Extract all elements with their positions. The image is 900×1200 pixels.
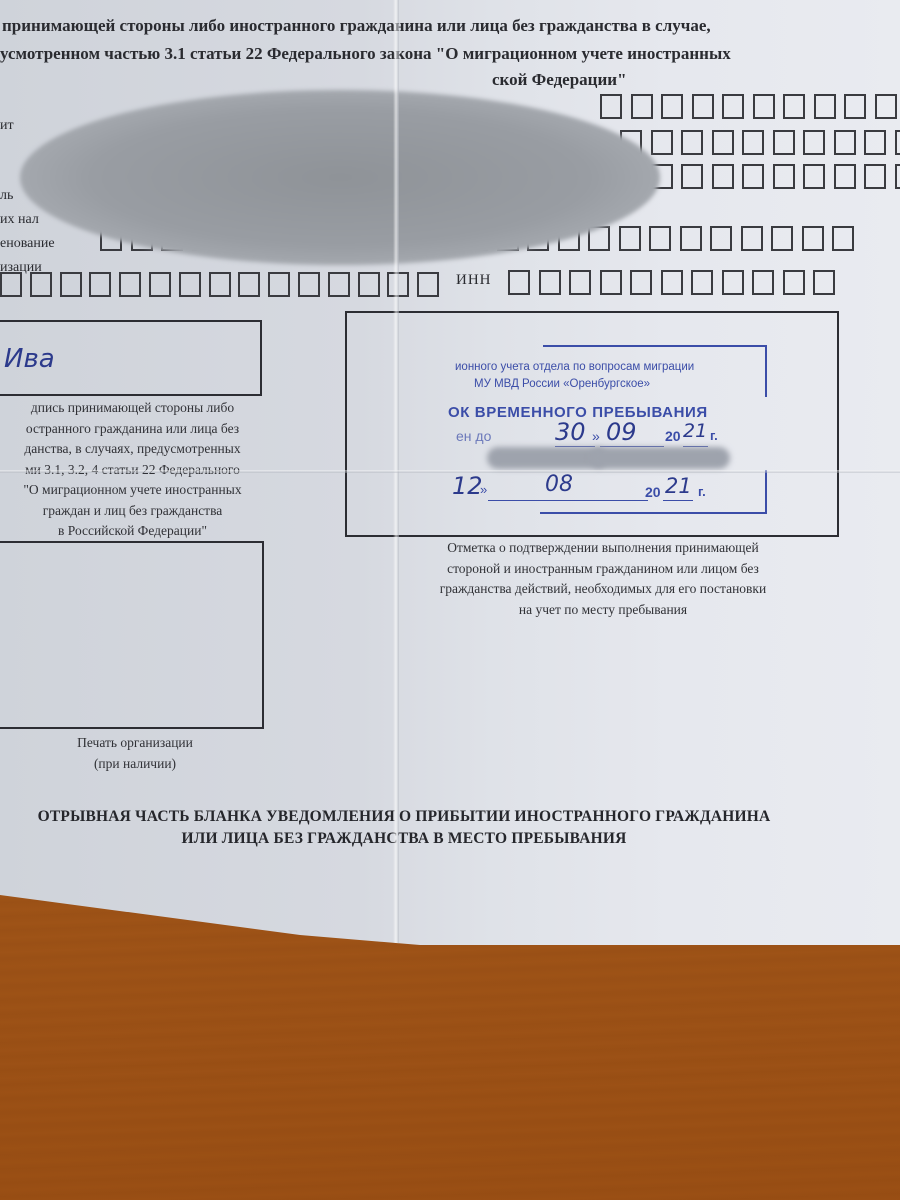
character-input-box[interactable] bbox=[895, 164, 900, 189]
character-input-box[interactable] bbox=[771, 226, 793, 251]
character-input-box[interactable] bbox=[802, 226, 824, 251]
signature-caption-line: дпись принимающей стороны либо bbox=[0, 398, 275, 419]
redacted-stamp-field bbox=[590, 447, 730, 469]
character-input-box[interactable] bbox=[30, 272, 52, 297]
underline bbox=[488, 500, 648, 501]
stamp-until-prefix: ен до bbox=[456, 428, 491, 444]
character-input-box[interactable] bbox=[119, 272, 141, 297]
character-input-box[interactable] bbox=[814, 94, 836, 119]
confirmation-caption-line: стороной и иностранным гражданином или л… bbox=[388, 559, 818, 580]
redacted-stamp-field bbox=[487, 447, 607, 469]
character-input-box[interactable] bbox=[834, 130, 856, 155]
stamp-date-g: г. bbox=[698, 484, 706, 499]
organization-name-label: енование bbox=[0, 236, 55, 252]
handwritten-until-month: 09 bbox=[606, 418, 637, 446]
character-input-box[interactable] bbox=[179, 272, 201, 297]
character-input-box[interactable] bbox=[268, 272, 290, 297]
character-input-box[interactable] bbox=[773, 130, 795, 155]
underline bbox=[663, 500, 693, 501]
character-input-box[interactable] bbox=[742, 164, 764, 189]
character-input-box[interactable] bbox=[722, 270, 744, 295]
handwritten-date-month: 08 bbox=[545, 472, 573, 497]
character-input-box[interactable] bbox=[691, 270, 713, 295]
character-input-box[interactable] bbox=[539, 270, 561, 295]
seal-caption: Печать организации (при наличии) bbox=[0, 733, 270, 774]
confirmation-caption: Отметка о подтверждении выполнения прини… bbox=[388, 538, 818, 620]
character-input-box[interactable] bbox=[803, 164, 825, 189]
character-input-box[interactable] bbox=[661, 270, 683, 295]
character-input-box[interactable] bbox=[417, 272, 439, 297]
character-input-box[interactable] bbox=[298, 272, 320, 297]
character-input-box[interactable] bbox=[803, 130, 825, 155]
handwritten-until-day: 30 bbox=[555, 418, 586, 446]
character-input-box[interactable] bbox=[783, 270, 805, 295]
stamp-until-year-prefix: 20 bbox=[665, 428, 681, 444]
character-input-box[interactable] bbox=[209, 272, 231, 297]
partial-label-2: ль bbox=[0, 188, 13, 204]
character-input-box[interactable] bbox=[680, 226, 702, 251]
stamp-line-1: ионного учета отдела по вопросам миграци… bbox=[455, 361, 694, 373]
tear-off-title-line: ИЛИ ЛИЦА БЕЗ ГРАЖДАНСТВА В МЕСТО ПРЕБЫВА… bbox=[0, 828, 808, 850]
paper-fold-vertical bbox=[393, 0, 399, 950]
character-input-box[interactable] bbox=[600, 94, 622, 119]
character-input-box[interactable] bbox=[60, 272, 82, 297]
character-input-box[interactable] bbox=[358, 272, 380, 297]
paper-fold-horizontal bbox=[0, 470, 900, 473]
inn-label: ИНН bbox=[456, 272, 492, 289]
seal-caption-line: (при наличии) bbox=[0, 754, 270, 775]
character-input-box[interactable] bbox=[783, 94, 805, 119]
header-line-3: ской Федерации" bbox=[492, 70, 627, 90]
character-input-box[interactable] bbox=[651, 130, 673, 155]
character-input-box[interactable] bbox=[569, 270, 591, 295]
character-input-box[interactable] bbox=[742, 130, 764, 155]
character-input-box[interactable] bbox=[832, 226, 854, 251]
redacted-personal-data bbox=[20, 90, 660, 265]
signature-caption-line: остранного гражданина или лица без bbox=[0, 419, 275, 440]
character-input-box[interactable] bbox=[813, 270, 835, 295]
handwritten-until-year: 21 bbox=[683, 420, 707, 442]
stamp-quote: » bbox=[592, 428, 600, 444]
character-input-box[interactable] bbox=[89, 272, 111, 297]
character-input-box[interactable] bbox=[722, 94, 744, 119]
partial-label-3: их нал bbox=[0, 212, 39, 228]
character-input-box[interactable] bbox=[895, 130, 900, 155]
handwritten-date-year: 21 bbox=[665, 474, 692, 498]
character-input-box[interactable] bbox=[149, 272, 171, 297]
registration-form-paper: принимающей стороны либо иностранного гр… bbox=[0, 0, 900, 950]
character-input-box[interactable] bbox=[328, 272, 350, 297]
character-input-box[interactable] bbox=[712, 130, 734, 155]
character-input-box[interactable] bbox=[630, 270, 652, 295]
confirmation-caption-line: гражданства действий, необходимых для ег… bbox=[388, 579, 818, 600]
character-input-box[interactable] bbox=[649, 226, 671, 251]
character-input-box[interactable] bbox=[631, 94, 653, 119]
stamp-until-g: г. bbox=[710, 428, 718, 443]
signature-caption-line: "О миграционном учете иностранных bbox=[0, 480, 275, 501]
character-input-box[interactable] bbox=[752, 270, 774, 295]
character-input-box[interactable] bbox=[238, 272, 260, 297]
character-input-box[interactable] bbox=[692, 94, 714, 119]
character-input-box[interactable] bbox=[844, 94, 866, 119]
character-input-box[interactable] bbox=[741, 226, 763, 251]
signature-caption-line: в Российской Федерации" bbox=[0, 521, 275, 542]
character-input-box[interactable] bbox=[508, 270, 530, 295]
handwritten-signature: Ива bbox=[4, 344, 55, 374]
header-line-1: принимающей стороны либо иностранного гр… bbox=[2, 16, 711, 36]
character-input-box[interactable] bbox=[834, 164, 856, 189]
character-input-box[interactable] bbox=[864, 164, 886, 189]
character-input-box[interactable] bbox=[712, 164, 734, 189]
confirmation-caption-line: на учет по месту пребывания bbox=[388, 600, 818, 621]
character-input-box[interactable] bbox=[600, 270, 622, 295]
header-line-2: усмотренном частью 3.1 статьи 22 Федерал… bbox=[0, 44, 731, 64]
character-input-box[interactable] bbox=[875, 94, 897, 119]
character-input-box[interactable] bbox=[753, 94, 775, 119]
character-input-box[interactable] bbox=[773, 164, 795, 189]
character-input-box[interactable] bbox=[619, 226, 641, 251]
character-input-box[interactable] bbox=[710, 226, 732, 251]
partial-label-1: ит bbox=[0, 118, 14, 134]
organization-seal-field[interactable] bbox=[0, 541, 264, 729]
signature-field[interactable]: Ива bbox=[0, 320, 262, 396]
stamp-date-year-prefix: 20 bbox=[645, 484, 661, 500]
character-input-box[interactable] bbox=[661, 94, 683, 119]
tear-off-section-title: ОТРЫВНАЯ ЧАСТЬ БЛАНКА УВЕДОМЛЕНИЯ О ПРИБ… bbox=[0, 806, 808, 850]
confirmation-caption-line: Отметка о подтверждении выполнения прини… bbox=[388, 538, 818, 559]
handwritten-date-day: 12 bbox=[452, 472, 483, 500]
tear-off-title-line: ОТРЫВНАЯ ЧАСТЬ БЛАНКА УВЕДОМЛЕНИЯ О ПРИБ… bbox=[0, 806, 808, 828]
character-input-box[interactable] bbox=[681, 130, 703, 155]
signature-caption-line: граждан и лиц без гражданства bbox=[0, 501, 275, 522]
signature-caption-line: данства, в случаях, предусмотренных bbox=[0, 439, 275, 460]
character-input-box[interactable] bbox=[0, 272, 22, 297]
character-input-box[interactable] bbox=[864, 130, 886, 155]
seal-caption-line: Печать организации bbox=[0, 733, 270, 754]
stamp-line-2: МУ МВД России «Оренбургское» bbox=[474, 378, 650, 390]
stamp-quote: » bbox=[480, 482, 487, 497]
character-input-box[interactable] bbox=[681, 164, 703, 189]
